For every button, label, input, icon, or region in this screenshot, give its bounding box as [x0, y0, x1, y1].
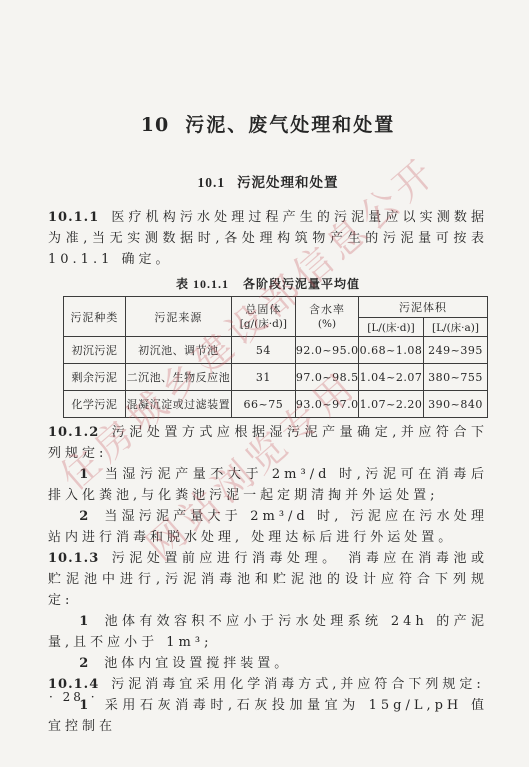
cell-moisture: 92.0~95.0	[295, 337, 358, 364]
clause-number: 10.1.1	[48, 210, 99, 225]
cell-source: 二沉池、生物反应池	[125, 364, 231, 391]
page-content: 10污泥、废气处理和处置 10.1污泥处理和处置 10.1.1医疗机构污水处理过…	[0, 0, 529, 737]
clause-10-1-1: 10.1.1医疗机构污水处理过程产生的污泥量应以实测数据为准,当无实测数据时,各…	[48, 207, 488, 270]
cell-volume-year: 249~395	[423, 337, 487, 364]
clause-10-1-4: 10.1.4污泥消毒宜采用化学消毒方式,并应符合下列规定:	[48, 674, 488, 695]
cell-moisture: 97.0~98.5	[295, 364, 358, 391]
cell-volume-day: 1.07~2.20	[359, 391, 424, 418]
clause-10-1-4-item-1: 1采用石灰消毒时,石灰投加量宜为 15g/L,pH 值宜控制在	[48, 695, 488, 737]
table-row: 化学污泥 混凝沉淀或过滤装置 66~75 93.0~97.0 1.07~2.20…	[64, 391, 488, 418]
header-volume-per-year: [L/(床·a)]	[423, 318, 487, 337]
table-row: 剩余污泥 二沉池、生物反应池 31 97.0~98.5 1.04~2.07 38…	[64, 364, 488, 391]
header-total-solids-unit: [g/(床·d)]	[232, 317, 295, 331]
table-caption-title: 各阶段污泥量平均值	[243, 277, 360, 291]
item-text: 池体内宜设置搅拌装置。	[104, 656, 291, 671]
cell-volume-year: 380~755	[423, 364, 487, 391]
cell-volume-day: 1.04~2.07	[359, 364, 424, 391]
chapter-title: 10污泥、废气处理和处置	[48, 0, 488, 137]
header-moisture-unit: (%)	[296, 317, 358, 331]
table-caption-label: 表 10.1.1	[176, 277, 229, 291]
clause-text: 污泥处置方式应根据湿污泥产量确定,并应符合下列规定:	[48, 425, 488, 461]
section-title: 10.1污泥处理和处置	[48, 171, 488, 191]
cell-solids: 31	[231, 364, 295, 391]
item-number: 2	[79, 656, 88, 671]
cell-source: 初沉池、调节池	[125, 337, 231, 364]
cell-volume-day: 0.68~1.08	[359, 337, 424, 364]
header-moisture: 含水率 (%)	[295, 297, 358, 337]
clause-10-1-3-item-2: 2池体内宜设置搅拌装置。	[48, 653, 488, 674]
section-number: 10.1	[197, 175, 225, 190]
cell-solids: 66~75	[231, 391, 295, 418]
chapter-title-text: 污泥、废气处理和处置	[185, 114, 395, 136]
clause-number: 10.1.3	[48, 551, 99, 566]
chapter-number: 10	[141, 114, 169, 136]
header-sludge-volume: 污泥体积	[359, 297, 488, 318]
clause-10-1-2: 10.1.2污泥处置方式应根据湿污泥产量确定,并应符合下列规定:	[48, 422, 488, 464]
clause-10-1-3: 10.1.3污泥处置前应进行消毒处理。 消毒应在消毒池或贮泥池中进行,污泥消毒池…	[48, 548, 488, 611]
sludge-quantity-table: 污泥种类 污泥来源 总固体 [g/(床·d)] 含水率 (%) 污泥体积 [L/…	[63, 296, 488, 418]
cell-type: 化学污泥	[64, 391, 126, 418]
header-moisture-label: 含水率	[296, 303, 358, 317]
section-title-text: 污泥处理和处置	[237, 175, 339, 190]
cell-volume-year: 390~840	[423, 391, 487, 418]
item-text: 当湿污泥产量不大于 2m³/d 时,污泥可在消毒后排入化粪池,与化粪池污泥一起定…	[48, 467, 488, 503]
cell-type: 初沉污泥	[64, 337, 126, 364]
cell-solids: 54	[231, 337, 295, 364]
header-volume-per-day: [L/(床·d)]	[359, 318, 424, 337]
header-total-solids-label: 总固体	[232, 303, 295, 317]
document-page: 10污泥、废气处理和处置 10.1污泥处理和处置 10.1.1医疗机构污水处理过…	[0, 0, 529, 767]
table-row: 初沉污泥 初沉池、调节池 54 92.0~95.0 0.68~1.08 249~…	[64, 337, 488, 364]
clause-text: 污泥消毒宜采用化学消毒方式,并应符合下列规定:	[111, 677, 485, 692]
item-text: 当湿污泥产量大于 2m³/d 时, 污泥应在污水处理站内进行消毒和脱水处理, 处…	[48, 509, 488, 545]
table-caption: 表 10.1.1各阶段污泥量平均值	[48, 275, 488, 292]
cell-source: 混凝沉淀或过滤装置	[125, 391, 231, 418]
clause-number: 10.1.2	[48, 425, 99, 440]
item-number: 2	[79, 509, 88, 524]
item-number: 1	[79, 614, 88, 629]
table-header-row: 污泥种类 污泥来源 总固体 [g/(床·d)] 含水率 (%) 污泥体积	[64, 297, 488, 318]
item-text: 采用石灰消毒时,石灰投加量宜为 15g/L,pH 值宜控制在	[48, 698, 488, 734]
clause-10-1-2-item-1: 1当湿污泥产量不大于 2m³/d 时,污泥可在消毒后排入化粪池,与化粪池污泥一起…	[48, 464, 488, 506]
header-total-solids: 总固体 [g/(床·d)]	[231, 297, 295, 337]
header-sludge-source: 污泥来源	[125, 297, 231, 337]
clause-10-1-3-item-1: 1池体有效容积不应小于污水处理系统 24h 的产泥量,且不应小于 1m³;	[48, 611, 488, 653]
clause-text: 污泥处置前应进行消毒处理。 消毒应在消毒池或贮泥池中进行,污泥消毒池和贮泥池的设…	[48, 551, 488, 608]
cell-type: 剩余污泥	[64, 364, 126, 391]
item-number: 1	[79, 467, 88, 482]
cell-moisture: 93.0~97.0	[295, 391, 358, 418]
item-text: 池体有效容积不应小于污水处理系统 24h 的产泥量,且不应小于 1m³;	[48, 614, 488, 650]
header-sludge-type: 污泥种类	[64, 297, 126, 337]
clause-text: 医疗机构污水处理过程产生的污泥量应以实测数据为准,当无实测数据时,各处理构筑物产…	[48, 210, 488, 267]
clause-10-1-2-item-2: 2当湿污泥产量大于 2m³/d 时, 污泥应在污水处理站内进行消毒和脱水处理, …	[48, 506, 488, 548]
page-number: · 28 ·	[49, 690, 98, 704]
